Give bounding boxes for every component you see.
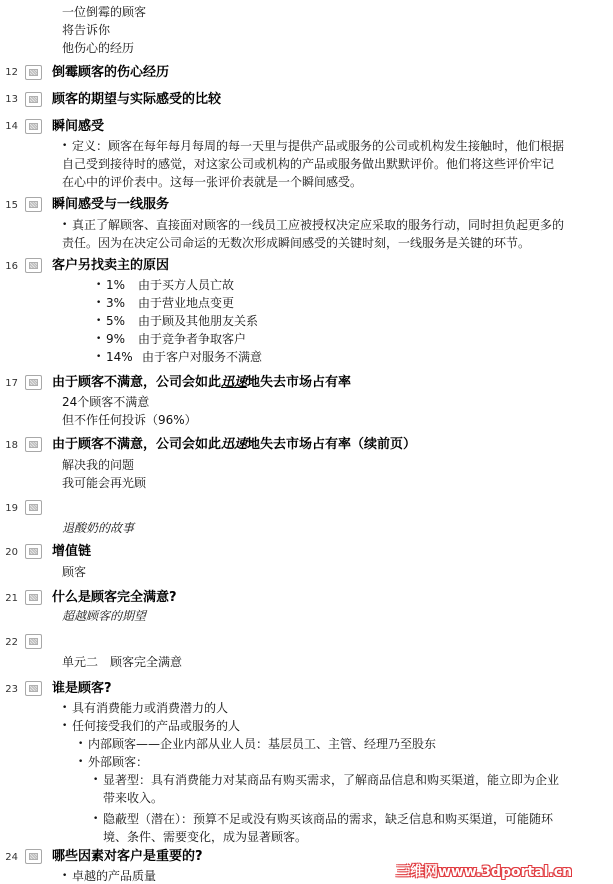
slide-number: 20 bbox=[0, 546, 18, 560]
bullet-line: 带来收入。 bbox=[103, 791, 163, 806]
reason-percent: 1% bbox=[106, 278, 138, 293]
bullet-item: • 真正了解顾客、直接面对顾客的一线员工应被授权决定应采取的服务行动，同时担负起… bbox=[72, 218, 564, 233]
bullet-icon: • bbox=[96, 314, 101, 329]
slide-thumbnail-icon[interactable] bbox=[25, 544, 42, 559]
slide-thumbnail-icon[interactable] bbox=[25, 681, 42, 696]
body-line: 我可能会再光顾 bbox=[62, 476, 146, 491]
slide-number: 16 bbox=[0, 260, 18, 274]
bullet-icon: • bbox=[78, 755, 83, 770]
bullet-text: 内部顾客——企业内部从业人员：基层员工、主管、经理乃至股东 bbox=[88, 737, 436, 751]
intro-line: 他伤心的经历 bbox=[62, 41, 134, 56]
bullet-line: 自己受到接待时的感觉，对这家公司或机构的产品或服务做出默默评价。他们将这些评价牢… bbox=[62, 157, 554, 172]
body-line: 解决我的问题 bbox=[62, 458, 134, 473]
reason-percent: 14% bbox=[106, 350, 142, 365]
bullet-icon: • bbox=[93, 812, 98, 827]
slide-number: 17 bbox=[0, 377, 18, 391]
bullet-text: 外部顾客： bbox=[88, 755, 148, 769]
title-text: 地失去市场占有率 bbox=[247, 375, 351, 390]
bullet-icon: • bbox=[62, 719, 67, 734]
bullet-line: 在心中的评价表中。这每一张评价表就是一个瞬间感受。 bbox=[62, 175, 362, 190]
reason-text: 由于顾及其他朋友关系 bbox=[138, 314, 258, 328]
reason-text: 由于客户对服务不满意 bbox=[142, 350, 262, 364]
slide-title: 倒霉顾客的伤心经历 bbox=[52, 65, 169, 81]
bullet-icon: • bbox=[62, 139, 67, 154]
bullet-item-level3: • 显著型：具有消费能力对某商品有购买需求，了解商品信息和购买渠道，能立即为企业 bbox=[103, 773, 559, 788]
slide-thumbnail-icon[interactable] bbox=[25, 375, 42, 390]
bullet-icon: • bbox=[96, 332, 101, 347]
body-line: 顾客 bbox=[62, 565, 86, 580]
slide-number: 23 bbox=[0, 683, 18, 697]
bullet-item: • 具有消费能力或消费潜力的人 bbox=[72, 701, 228, 716]
slide-title: 由于顾客不满意，公司会如此迅速地失去市场占有率（续前页） bbox=[52, 437, 416, 453]
bullet-item: • 卓越的产品质量 bbox=[72, 869, 156, 884]
bullet-text: 任何接受我们的产品或服务的人 bbox=[72, 719, 240, 733]
italic-line: 退酸奶的故事 bbox=[62, 521, 134, 536]
bullet-icon: • bbox=[78, 737, 83, 752]
bullet-item-level2: • 内部顾客——企业内部从业人员：基层员工、主管、经理乃至股东 bbox=[88, 737, 436, 752]
title-emphasis: 迅速 bbox=[221, 437, 247, 452]
site-watermark: 三维网www.3dportal.cn bbox=[396, 861, 572, 881]
slide-number: 21 bbox=[0, 592, 18, 606]
slide-title: 什么是顾客完全满意? bbox=[52, 590, 177, 606]
slide-thumbnail-icon[interactable] bbox=[25, 437, 42, 452]
bullet-icon: • bbox=[96, 278, 101, 293]
bullet-icon: • bbox=[96, 296, 101, 311]
slide-thumbnail-icon[interactable] bbox=[25, 849, 42, 864]
bullet-text: 具有消费能力或消费潜力的人 bbox=[72, 701, 228, 715]
slide-title: 瞬间感受与一线服务 bbox=[52, 197, 169, 213]
bullet-line: 显著型：具有消费能力对某商品有购买需求，了解商品信息和购买渠道，能立即为企业 bbox=[103, 773, 559, 788]
slide-title: 谁是顾客? bbox=[52, 681, 112, 697]
slide-thumbnail-icon[interactable] bbox=[25, 634, 42, 649]
reason-text: 由于买方人员亡故 bbox=[138, 278, 234, 292]
slide-thumbnail-icon[interactable] bbox=[25, 258, 42, 273]
slide-thumbnail-icon[interactable] bbox=[25, 92, 42, 107]
slide-title: 客户另找卖主的原因 bbox=[52, 258, 169, 274]
slide-thumbnail-icon[interactable] bbox=[25, 500, 42, 515]
bullet-text: 卓越的产品质量 bbox=[72, 869, 156, 883]
slide-title: 由于顾客不满意，公司会如此迅速地失去市场占有率 bbox=[52, 375, 351, 391]
bullet-item-level3: • 隐蔽型（潜在）：预算不足或没有购买该商品的需求，缺乏信息和购买渠道，可能随环 bbox=[103, 812, 553, 827]
reason-item: • 14%由于客户对服务不满意 bbox=[106, 350, 262, 365]
body-line: 24个顾客不满意 bbox=[62, 395, 149, 410]
reason-text: 由于竞争者争取客户 bbox=[138, 332, 246, 346]
bullet-item: • 定义：顾客在每年每月每周的每一天里与提供产品或服务的公司或机构发生接触时，他… bbox=[72, 139, 564, 154]
slide-number: 19 bbox=[0, 502, 18, 516]
bullet-line: 境、条件、需要变化，成为显著顾客。 bbox=[103, 830, 307, 845]
intro-line: 将告诉你 bbox=[62, 23, 110, 38]
title-text: 由于顾客不满意，公司会如此 bbox=[52, 437, 221, 452]
bullet-item-level2: • 外部顾客： bbox=[88, 755, 148, 770]
reason-item: • 5%由于顾及其他朋友关系 bbox=[106, 314, 258, 329]
slide-title: 顾客的期望与实际感受的比较 bbox=[52, 92, 221, 108]
slide-title: 哪些因素对客户是重要的? bbox=[52, 849, 203, 865]
reason-percent: 9% bbox=[106, 332, 138, 347]
title-emphasis: 迅速 bbox=[221, 375, 247, 390]
body-line: 单元二 顾客完全满意 bbox=[62, 655, 182, 670]
bullet-icon: • bbox=[62, 869, 67, 884]
bullet-icon: • bbox=[62, 701, 67, 716]
bullet-line: 责任。因为在决定公司命运的无数次形成瞬间感受的关键时刻，一线服务是关键的环节。 bbox=[62, 236, 530, 251]
reason-item: • 3%由于营业地点变更 bbox=[106, 296, 234, 311]
bullet-icon: • bbox=[96, 350, 101, 365]
bullet-line: 定义：顾客在每年每月每周的每一天里与提供产品或服务的公司或机构发生接触时，他们根… bbox=[72, 139, 564, 154]
italic-line: 超越顾客的期望 bbox=[62, 609, 146, 624]
bullet-line: 隐蔽型（潜在）：预算不足或没有购买该商品的需求，缺乏信息和购买渠道，可能随环 bbox=[103, 812, 553, 827]
reason-item: • 9%由于竞争者争取客户 bbox=[106, 332, 246, 347]
reason-percent: 5% bbox=[106, 314, 138, 329]
slide-number: 14 bbox=[0, 120, 18, 134]
slide-thumbnail-icon[interactable] bbox=[25, 119, 42, 134]
reason-text: 由于营业地点变更 bbox=[138, 296, 234, 310]
bullet-icon: • bbox=[93, 773, 98, 788]
slide-thumbnail-icon[interactable] bbox=[25, 197, 42, 212]
slide-number: 24 bbox=[0, 851, 18, 865]
slide-number: 12 bbox=[0, 66, 18, 80]
slide-title: 增值链 bbox=[52, 544, 91, 560]
slide-number: 18 bbox=[0, 439, 18, 453]
slide-thumbnail-icon[interactable] bbox=[25, 590, 42, 605]
bullet-line: 真正了解顾客、直接面对顾客的一线员工应被授权决定应采取的服务行动，同时担负起更多… bbox=[72, 218, 564, 233]
slide-number: 15 bbox=[0, 199, 18, 213]
bullet-icon: • bbox=[62, 218, 67, 233]
slide-number: 22 bbox=[0, 636, 18, 650]
body-line: 但不作任何投诉（96%） bbox=[62, 413, 197, 428]
title-text: 地失去市场占有率（续前页） bbox=[247, 437, 416, 452]
reason-percent: 3% bbox=[106, 296, 138, 311]
slide-title: 瞬间感受 bbox=[52, 119, 104, 135]
slide-thumbnail-icon[interactable] bbox=[25, 65, 42, 80]
bullet-item: • 任何接受我们的产品或服务的人 bbox=[72, 719, 240, 734]
title-text: 由于顾客不满意，公司会如此 bbox=[52, 375, 221, 390]
reason-item: • 1%由于买方人员亡故 bbox=[106, 278, 234, 293]
intro-line: 一位倒霉的顾客 bbox=[62, 5, 146, 20]
slide-number: 13 bbox=[0, 93, 18, 107]
